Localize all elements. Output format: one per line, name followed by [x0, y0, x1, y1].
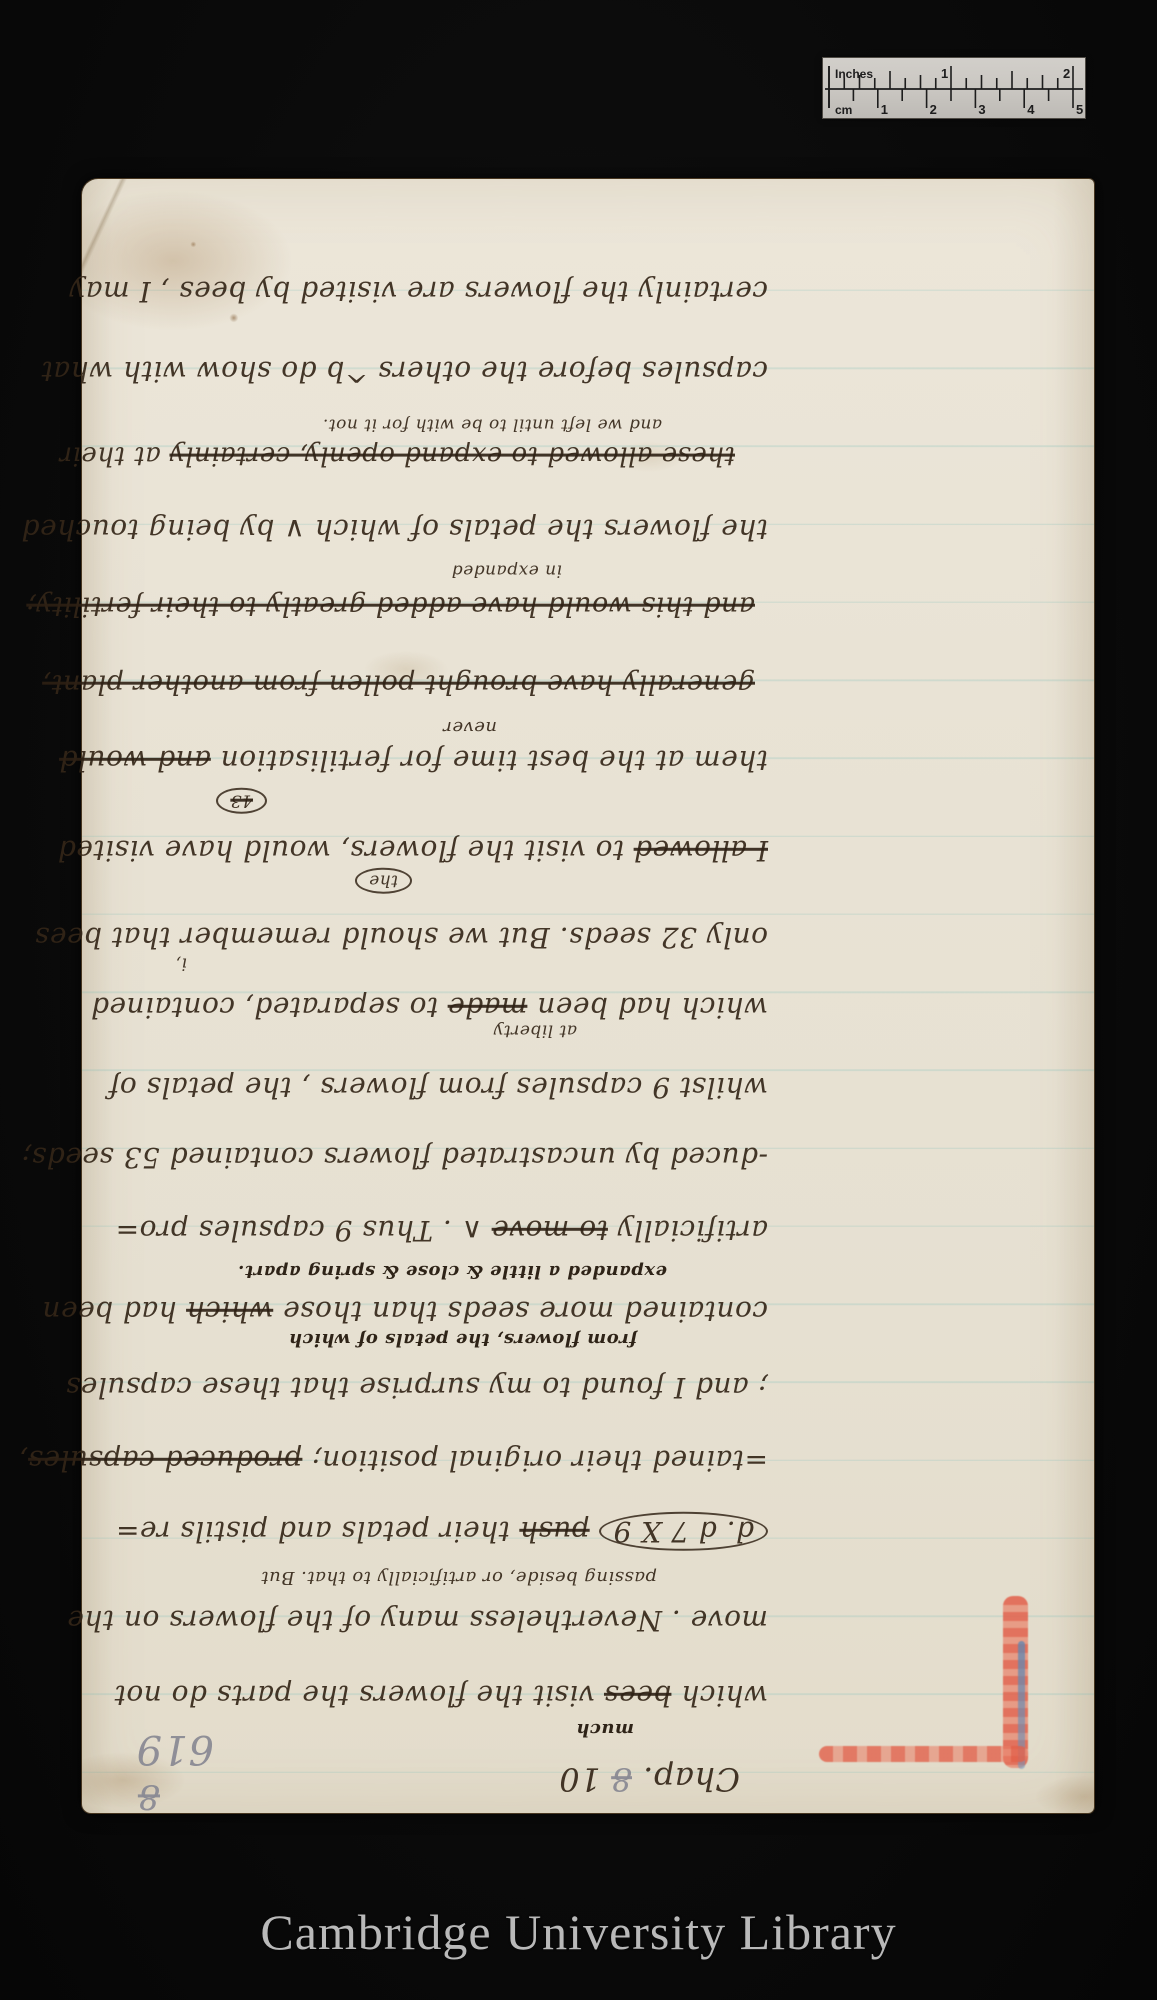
svg-text:5: 5 [1076, 102, 1083, 117]
manuscript-text-line: generally have brought pollen from anoth… [90, 669, 755, 699]
manuscript-text-line: these allowed to expand openly, certainl… [90, 441, 735, 470]
blue-pencil-vertical-mark [1018, 1641, 1025, 1769]
svg-text:4: 4 [1027, 102, 1035, 117]
manuscript-text-line: 43 [152, 791, 267, 810]
manuscript-text-line: artificially to move ∧ . Thus 9 capsules… [90, 1214, 768, 1245]
manuscript-text-line: in expanded [332, 561, 562, 580]
red-crayon-horizontal-mark [819, 1746, 1028, 1762]
manuscript-text-line: ; and I found to my surprise that these … [90, 1371, 768, 1402]
manuscript-text-line: move . Nevertheless many of the flowers … [90, 1604, 768, 1635]
photographed-manuscript-scan: Inches12cm12345 certainly the flowers ar… [0, 0, 1157, 2000]
manuscript-text-line: at liberty [422, 1021, 577, 1040]
manuscript-text-line: i, [117, 954, 187, 973]
manuscript-text-line: 619 [102, 1727, 214, 1771]
manuscript-text-line: certainly the flowers are visited by bee… [90, 275, 768, 306]
svg-text:Inches: Inches [835, 67, 873, 81]
manuscript-text-line: passing beside, or artificially to that.… [182, 1567, 657, 1587]
manuscript-text-line: the flowers the petals of which ∨ by bei… [90, 513, 768, 544]
manuscript-text-line: the [312, 871, 412, 890]
manuscript-text-line: whilst 9 capsules from flowers , the pet… [90, 1071, 768, 1102]
manuscript-text-line: d. d 7 X 9 push their petals and pistils… [90, 1515, 768, 1546]
manuscript-text-line: -duced by uncastrated flowers contained … [90, 1141, 768, 1172]
svg-text:2: 2 [930, 102, 937, 117]
manuscript-text-line: 8 [88, 1777, 160, 1814]
manuscript-text-line: which had been made to separated, contai… [90, 991, 768, 1022]
manuscript-page: certainly the flowers are visited by bee… [82, 179, 1094, 1813]
red-crayon-vertical-mark [1003, 1596, 1028, 1768]
svg-text:1: 1 [941, 66, 948, 81]
ruler-ticks: Inches12cm12345 [823, 58, 1085, 118]
manuscript-text-line: Chap. 8 10 [502, 1761, 740, 1796]
manuscript-text-line: them at the best time for fertilisation … [90, 744, 768, 775]
manuscript-text-line: contained more seeds than those which ha… [90, 1295, 768, 1326]
svg-text:3: 3 [978, 102, 985, 117]
library-watermark: Cambridge University Library [0, 1903, 1157, 1961]
svg-text:2: 2 [1063, 66, 1070, 81]
measurement-scale-bar: Inches12cm12345 [823, 58, 1085, 118]
manuscript-text-line: only 32 seeds. But we should remember th… [90, 921, 768, 952]
manuscript-text-line: never [382, 717, 497, 737]
manuscript-text-line: much [522, 1719, 634, 1739]
manuscript-text-line: I allowed to visit the flowers, would ha… [90, 834, 768, 865]
manuscript-text-line: =tained their original position; produce… [90, 1444, 768, 1475]
manuscript-text-line: expanded a little & close & spring apart… [332, 1261, 667, 1281]
manuscript-text-line: and we left until to be with for it not. [232, 415, 662, 434]
manuscript-text-line: which bees visit the flowers the parts d… [90, 1679, 768, 1710]
svg-text:1: 1 [881, 102, 888, 117]
manuscript-text-line: capsules before the others ^b do show wi… [90, 355, 768, 386]
manuscript-text-line: from flowers, the petals of which [292, 1329, 637, 1349]
manuscript-text-line: and this would have added greatly to the… [90, 591, 755, 621]
svg-text:cm: cm [835, 103, 852, 117]
